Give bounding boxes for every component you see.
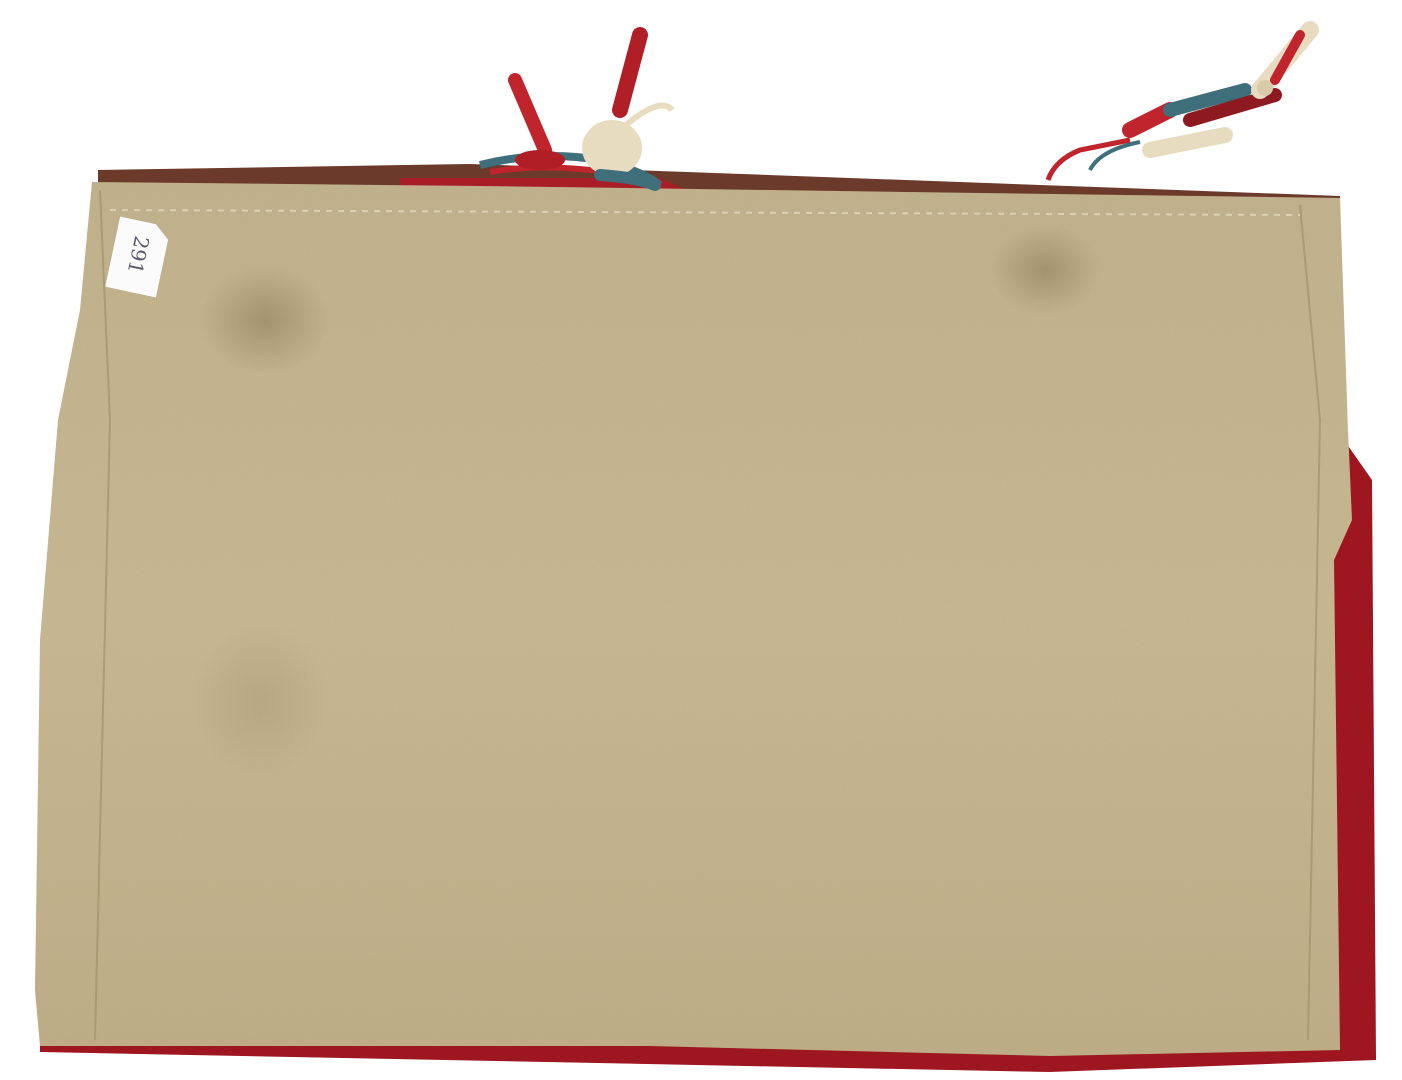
lot-number-text: 291 <box>123 233 155 277</box>
photo-scene: 291 <box>0 0 1402 1080</box>
tassel-group-center <box>480 35 672 185</box>
saddle-bag-image <box>0 0 1402 1080</box>
beige-backing-fabric <box>35 182 1352 1056</box>
tassel-group-right <box>1048 30 1310 180</box>
